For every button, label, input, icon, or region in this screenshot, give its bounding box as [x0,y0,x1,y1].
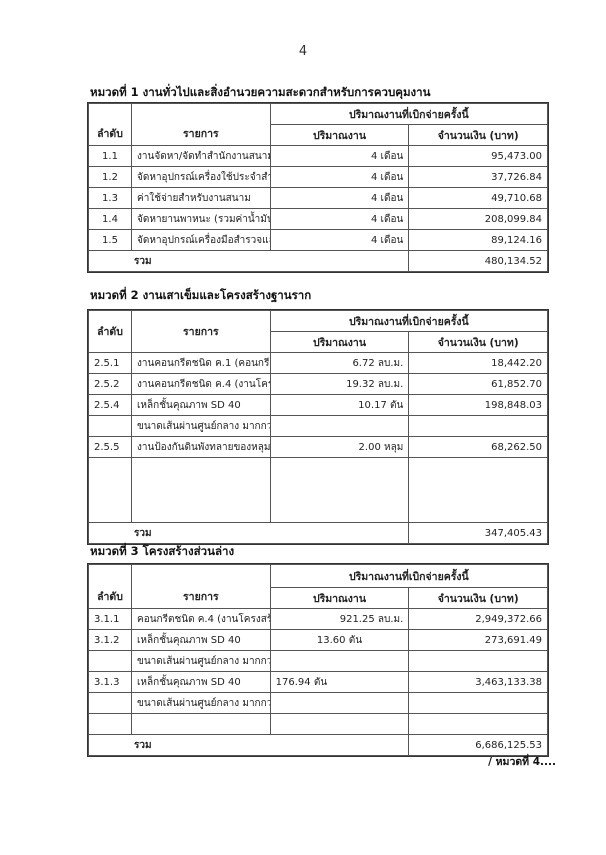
row-qty: 4 เดือน [270,146,409,167]
row-no: 2.5.4 [89,395,132,416]
row-item: งานป้องกันดินพังทลายของหลุมขุดฐานราก [132,437,271,458]
row-item: งานจัดหา/จัดทำสำนักงานสนาม [132,146,271,167]
table-row: 3.1.2เหล็กชั้นคุณภาพ SD 4013.60 ตัน273,6… [89,630,548,651]
row-qty: 4 เดือน [270,209,409,230]
row-item: จัดหายานพาหนะ (รวมค่าน้ำมันเชื้อเพลิงและ… [132,209,271,230]
row-qty: 4 เดือน [270,230,409,251]
header-item: รายการ [132,311,271,353]
table-row: 2.5.5งานป้องกันดินพังทลายของหลุมขุดฐานรา… [89,437,548,458]
table-row: 1.3ค่าใช้จ่ายสำหรับงานสนาม4 เดือน49,710.… [89,188,548,209]
table-row: ขนาดเส้นผ่านศูนย์กลาง มากกว่า 12 มม. [89,416,548,437]
total-row: รวม 6,686,125.53 [89,735,548,756]
row-item: คอนกรีตชนิด ค.4 (งานโครงสร้างเสาตอม่อ) [132,609,271,630]
row-no: 2.5.5 [89,437,132,458]
row-no: 1.1 [89,146,132,167]
header-item: รายการ [132,104,271,146]
row-amount: 37,726.84 [409,167,548,188]
row-no: 3.1.1 [89,609,132,630]
row-amount: 18,442.20 [409,353,548,374]
table-row: 1.1งานจัดหา/จัดทำสำนักงานสนาม4 เดือน95,4… [89,146,548,167]
table-row: 2.5.2งานคอนกรีตชนิด ค.4 (งานโครงสร้างฐาน… [89,374,548,395]
row-no [89,651,132,672]
header-no: ลำดับ [89,311,132,353]
row-qty: 921.25 ลบ.ม. [270,609,409,630]
section-2-table: ลำดับ รายการ ปริมาณงานที่เบิกจ่ายครั้งนี… [88,310,548,544]
header-qty: ปริมาณงาน [270,332,409,353]
row-item: ขนาดเส้นผ่านศูนย์กลาง มากกว่าหรือเทียบเท… [132,651,271,672]
header-group: ปริมาณงานที่เบิกจ่ายครั้งนี้ [270,311,547,332]
row-amount: 208,099.84 [409,209,548,230]
row-no: 2.5.1 [89,353,132,374]
table-row: 1.4จัดหายานพาหนะ (รวมค่าน้ำมันเชื้อเพลิง… [89,209,548,230]
row-item: ค่าใช้จ่ายสำหรับงานสนาม [132,188,271,209]
total-amount: 347,405.43 [409,523,548,544]
table-row: 3.1.1คอนกรีตชนิด ค.4 (งานโครงสร้างเสาตอม… [89,609,548,630]
row-item: เหล็กชั้นคุณภาพ SD 40 [132,630,271,651]
row-item: จัดหาอุปกรณ์เครื่องใช้ประจำสำนักงาน [132,167,271,188]
row-no: 2.5.2 [89,374,132,395]
section-2-title: หมวดที่ 2 งานเสาเข็มและโครงสร้างฐานราก [90,287,311,305]
total-amount: 480,134.52 [409,251,548,272]
row-item: งานคอนกรีตชนิด ค.1 (คอนกรีตหยาบ รวมทรายห… [132,353,271,374]
header-group: ปริมาณงานที่เบิกจ่ายครั้งนี้ [270,565,547,588]
table-row: 3.1.3เหล็กชั้นคุณภาพ SD 40176.94 ตัน3,46… [89,672,548,693]
header-group: ปริมาณงานที่เบิกจ่ายครั้งนี้ [270,104,547,125]
row-item: เหล็กชั้นคุณภาพ SD 40 [132,672,271,693]
table-row: ขนาดเส้นผ่านศูนย์กลาง มากกว่าหรือเทียบเท… [89,651,548,672]
total-label: รวม [89,735,409,756]
header-qty: ปริมาณงาน [270,125,409,146]
row-amount: 49,710.68 [409,188,548,209]
total-label: รวม [89,251,409,272]
filler-row [89,714,548,735]
section-3-table: ลำดับ รายการ ปริมาณงานที่เบิกจ่ายครั้งนี… [88,564,548,756]
page-number: 4 [0,44,606,59]
row-no: 1.4 [89,209,132,230]
row-qty [270,651,409,672]
table-row: 1.5จัดหาอุปกรณ์เครื่องมือสำรวจและทดสอบ4 … [89,230,548,251]
row-qty: 13.60 ตัน [270,630,409,651]
section-3-title: หมวดที่ 3 โครงสร้างส่วนล่าง [90,543,234,561]
row-no: 1.3 [89,188,132,209]
row-amount: 89,124.16 [409,230,548,251]
header-amount: จำนวนเงิน (บาท) [409,332,548,353]
row-amount [409,693,548,714]
row-amount: 2,949,372.66 [409,609,548,630]
row-item: งานคอนกรีตชนิด ค.4 (งานโครงสร้างฐานราก) [132,374,271,395]
table-row: 1.2จัดหาอุปกรณ์เครื่องใช้ประจำสำนักงาน4 … [89,167,548,188]
row-no: 1.5 [89,230,132,251]
row-qty [270,416,409,437]
section-1-title: หมวดที่ 1 งานทั่วไปและสิ่งอำนวยความสะดวก… [90,84,431,102]
section-1-table: ลำดับ รายการ ปริมาณงานที่เบิกจ่ายครั้งนี… [88,103,548,272]
total-row: รวม 347,405.43 [89,523,548,544]
filler-row [89,458,548,523]
row-item: ขนาดเส้นผ่านศูนย์กลาง มากกว่าหรือเทียบเท… [132,693,271,714]
row-amount [409,651,548,672]
row-no: 3.1.2 [89,630,132,651]
row-no [89,693,132,714]
row-amount: 61,852.70 [409,374,548,395]
row-amount: 198,848.03 [409,395,548,416]
table-row: 2.5.1งานคอนกรีตชนิด ค.1 (คอนกรีตหยาบ รวม… [89,353,548,374]
row-amount [409,416,548,437]
continuation-note: / หมวดที่ 4.... [488,753,556,770]
row-no: 1.2 [89,167,132,188]
row-qty [270,693,409,714]
header-no: ลำดับ [89,104,132,146]
row-qty: 4 เดือน [270,188,409,209]
header-amount: จำนวนเงิน (บาท) [409,588,548,609]
row-item: ขนาดเส้นผ่านศูนย์กลาง มากกว่า 12 มม. [132,416,271,437]
row-no: 3.1.3 [89,672,132,693]
row-qty: 6.72 ลบ.ม. [270,353,409,374]
row-qty: 19.32 ลบ.ม. [270,374,409,395]
header-qty: ปริมาณงาน [270,588,409,609]
row-item: เหล็กชั้นคุณภาพ SD 40 [132,395,271,416]
total-label: รวม [89,523,409,544]
row-qty: 176.94 ตัน [270,672,409,693]
row-qty: 2.00 หลุม [270,437,409,458]
row-amount: 95,473.00 [409,146,548,167]
total-row: รวม 480,134.52 [89,251,548,272]
header-no: ลำดับ [89,565,132,609]
header-item: รายการ [132,565,271,609]
table-row: ขนาดเส้นผ่านศูนย์กลาง มากกว่าหรือเทียบเท… [89,693,548,714]
row-no [89,416,132,437]
row-amount: 273,691.49 [409,630,548,651]
table-row: 2.5.4เหล็กชั้นคุณภาพ SD 4010.17 ตัน198,8… [89,395,548,416]
row-item: จัดหาอุปกรณ์เครื่องมือสำรวจและทดสอบ [132,230,271,251]
row-amount: 3,463,133.38 [409,672,548,693]
row-qty: 10.17 ตัน [270,395,409,416]
header-amount: จำนวนเงิน (บาท) [409,125,548,146]
row-amount: 68,262.50 [409,437,548,458]
row-qty: 4 เดือน [270,167,409,188]
